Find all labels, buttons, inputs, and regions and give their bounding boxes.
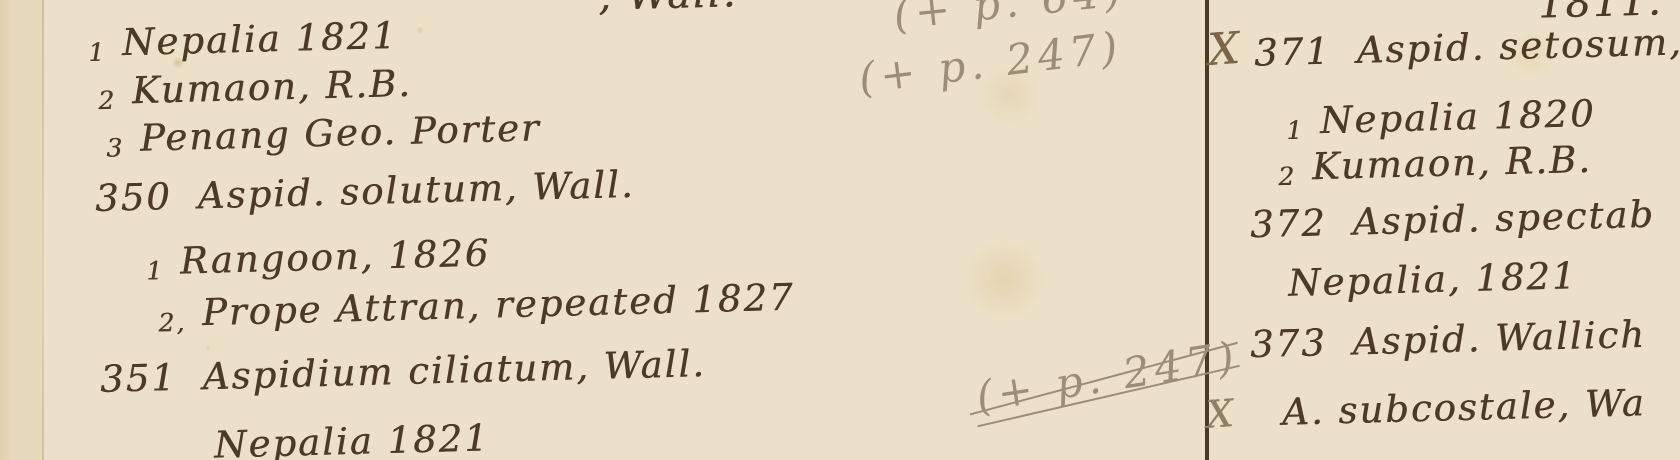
species-text: Aspid. setosum, <box>1356 20 1680 72</box>
catalog-subentry-line: 2,Prope Attran, repeated 1827 <box>158 276 795 336</box>
catalog-subentry-line: Nepalia 1821 <box>213 416 490 460</box>
catalog-subentry-line: 2Kumaon, R.B. <box>97 62 412 113</box>
catalog-species-line: 373Aspid. Wallich <box>1250 313 1647 366</box>
synonym-text: A. subcostale, Wa <box>1281 381 1646 434</box>
subentry-number: 1 <box>146 256 165 285</box>
page-crease-line <box>42 0 44 460</box>
catalog-species-line: 371Aspid. setosum, <box>1254 20 1680 74</box>
subentry-text: Penang Geo. Porter <box>139 106 541 159</box>
catalog-subentry-line: 2Kumaon, R.B. <box>1277 138 1592 189</box>
x-mark: X <box>1204 391 1234 437</box>
page-binding-edge <box>0 0 42 460</box>
subentry-text: Kumaon, R.B. <box>131 62 412 112</box>
pencil-annotation-text: (+ p. 247) <box>973 332 1242 422</box>
pencil-page-reference-struck: (+ p. 247) <box>973 332 1242 422</box>
subentry-text: Kumaon, R.B. <box>1311 138 1592 188</box>
species-text: Aspid. Wallich <box>1352 313 1646 364</box>
catalog-subentry-line: 3Penang Geo. Porter <box>106 106 542 160</box>
subentry-number: 2, <box>158 308 187 338</box>
subentry-text: Nepalia 1820 <box>1319 92 1596 142</box>
subentry-text: Prope Attran, repeated 1827 <box>201 276 795 335</box>
catalog-subentry-line: 1Rangoon, 1826 <box>145 232 490 284</box>
species-text: Aspid. solutum, Wall. <box>197 163 635 217</box>
species-number: 351 <box>100 356 178 401</box>
subentry-text: Nepalia, 1821 <box>1287 254 1577 305</box>
catalog-subentry-line: Nepalia, 1821 <box>1287 254 1577 305</box>
subentry-number: 2 <box>98 86 117 115</box>
species-number: 350 <box>95 175 173 220</box>
species-number: 371 <box>1254 30 1332 75</box>
species-text: Aspidium ciliatum, Wall. <box>202 342 706 398</box>
subentry-text: Nepalia 1821 <box>213 416 490 460</box>
catalog-species-line: 372Aspid. spectab <box>1250 193 1656 247</box>
subentry-text: Rangoon, 1826 <box>179 232 490 283</box>
catalog-subentry-line: 1Nepalia 1821 <box>87 14 398 65</box>
catalog-synonym-line: A. subcostale, Wa <box>1281 381 1646 434</box>
species-number: 372 <box>1250 201 1328 246</box>
subentry-number: 2 <box>1278 162 1297 191</box>
subentry-number: 3 <box>106 133 125 162</box>
subentry-text: Nepalia 1821 <box>121 14 398 64</box>
x-mark: X <box>1206 23 1241 76</box>
subentry-number: 1 <box>88 38 107 67</box>
subentry-number: 1 <box>1286 116 1305 145</box>
catalog-subentry-line: 1Nepalia 1820 <box>1285 92 1596 143</box>
manuscript-page: , Wall. (+ p. 64) (+ p. 247) (+ p. 247) … <box>0 0 1680 460</box>
cutoff-line-fragment: , Wall. <box>597 0 737 20</box>
species-number: 373 <box>1250 321 1328 366</box>
catalog-species-line: 351Aspidium ciliatum, Wall. <box>100 342 707 401</box>
catalog-species-line: 350Aspid. solutum, Wall. <box>95 163 636 220</box>
species-text: Aspid. spectab <box>1352 193 1655 244</box>
